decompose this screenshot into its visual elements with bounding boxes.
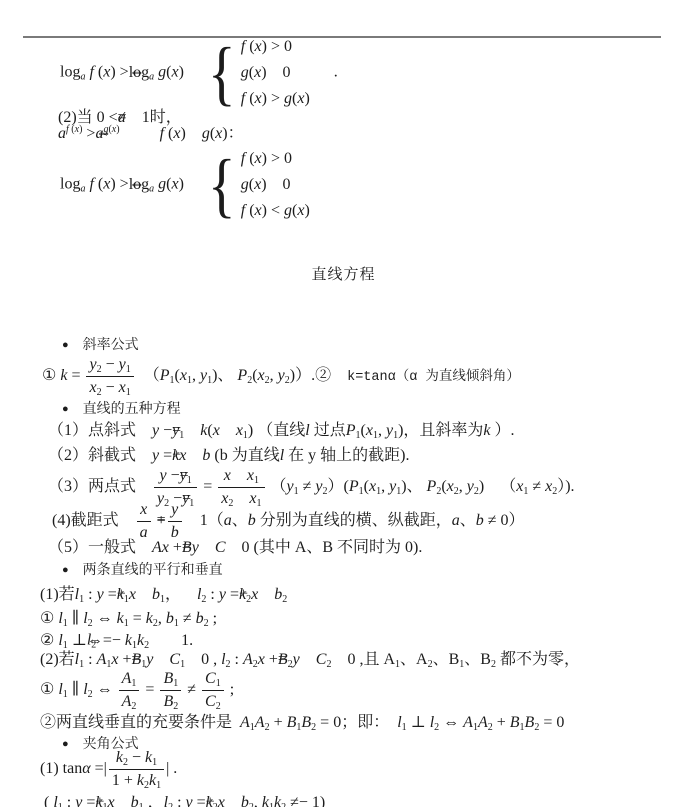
page-title: 直线方程	[0, 263, 687, 284]
bullet-parallel-perpendicular: ● 两条直线的平行和垂直	[62, 562, 223, 580]
formula-general-lines-def: (2)若l1 : A1x +B1=y C1 0 , l2 : A2x +B2=y…	[40, 650, 580, 670]
formula-parallel-condition: ① l1 ∥ l2 ⇔ k1 = k2, b1 ≠ b2 ;	[40, 609, 217, 629]
formula-intercept-form: (4)截距式 xa +=yb 1（a、b 分别为直线的横、纵截距，a、b ≠ 0…	[52, 500, 525, 543]
formula-exponential-compare: af (x) >ag(x)⇔ f (x) g(x)：	[58, 124, 244, 144]
bullet-slope-formula: ● 斜率公式	[62, 337, 139, 355]
formula-log-inequality-case1: loga f (x) >log⇔a g(x) {f (x) > 0g(x) 0f…	[60, 34, 338, 112]
formula-parallel-ratio: ① l1 ∥ l2 ⇔ A1A2 = B1B2 ≠ C1C2 ;	[40, 669, 234, 712]
formula-tan-angle: (1) tanα =|k2 − k11 + k2k1| .	[40, 748, 177, 791]
formula-perpendicular-necessary: ②两直线垂直的充要条件是 A1A2 + B1B2 = 0；即： l1 ⊥ l2 …	[40, 713, 564, 733]
formula-two-lines-def: (1)若l1 : y =k1+x b1， l2 : y =k2+x b2	[40, 585, 287, 605]
document-page: 直线方程 loga f (x) >log⇔a g(x) {f (x) > 0g(…	[0, 0, 687, 807]
formula-perpendicular-condition: ② l1 ⊥⇔l2=− k1k2 1.	[40, 631, 193, 651]
formula-log-inequality-case2: loga f (x) >log⇔a g(x) {f (x) > 0g(x) 0f…	[60, 146, 310, 224]
formula-lines-footnote: ( l1 : y =k1+x b1 ，l2 : y =k2+x b2, k1k2…	[44, 793, 325, 807]
bullet-five-equations: ● 直线的五种方程	[62, 401, 181, 419]
formula-slope: ① k = y2 − y1x2 − x1 （P1(x1, y1)、 P2(x2,…	[42, 355, 520, 398]
formula-general-form: （5）一般式 Ax +B=y C 0 (其中 A、B 不同时为 0).	[48, 538, 422, 558]
formula-point-slope: （1）点斜式 y −y1= k(x x1) （直线l 过点P1(x1, y1)，…	[48, 421, 515, 441]
formula-slope-intercept: （2）斜截式 y =k+x b (b 为直线l 在 y 轴上的截距).	[48, 446, 410, 466]
